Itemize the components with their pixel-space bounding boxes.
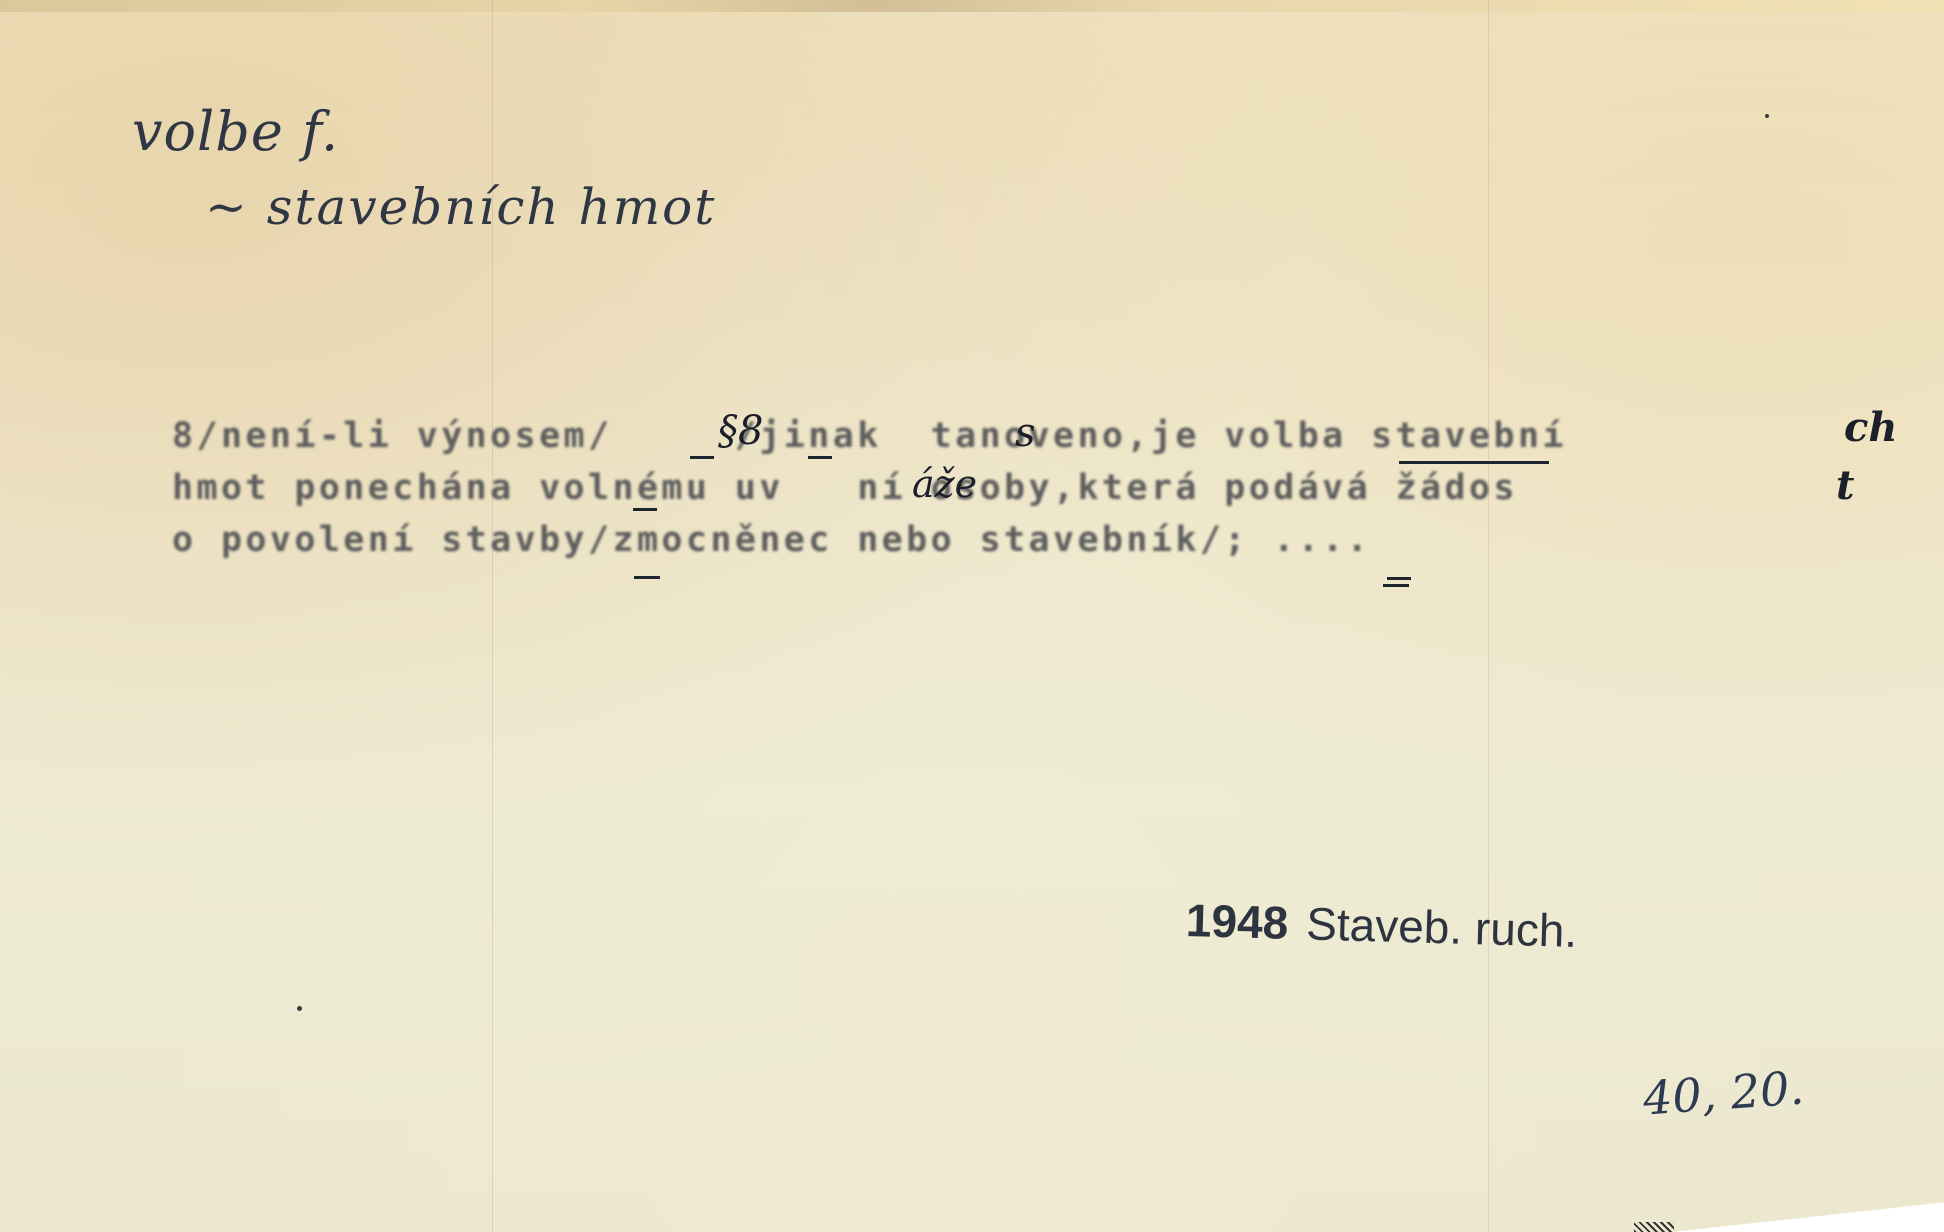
underline-mark — [1387, 577, 1411, 580]
underline-mark — [633, 508, 657, 511]
handwritten-correction: ch — [1844, 404, 1897, 451]
source-stamp: 1948Staveb. ruch. — [1185, 893, 1578, 958]
citation-text: 8/není-li výnosem/ /jinak tanoveno,je vo… — [172, 410, 1567, 566]
subentry: ~ stavebních hmot — [205, 178, 716, 236]
handwritten-section-number: §8 — [718, 408, 763, 454]
scan-edge-mark — [1634, 1222, 1674, 1232]
ink-speck — [297, 1006, 302, 1011]
headword: volbe f. — [132, 100, 339, 163]
card-top-edge — [0, 0, 1944, 12]
page-reference: 40, 20. — [1641, 1060, 1805, 1125]
handwritten-correction: s — [1015, 410, 1036, 456]
ink-speck — [1765, 114, 1769, 118]
underline-mark — [808, 456, 832, 459]
citation-line: 8/není-li výnosem/ /jinak tanoveno,je vo… — [172, 410, 1567, 462]
paper-fiber-line — [1488, 0, 1489, 1232]
citation-line: hmot ponechána volnému uv ní osoby,která… — [172, 462, 1567, 514]
source-name: Staveb. ruch. — [1306, 897, 1578, 957]
citation-line: o povolení stavby/zmocněnec nebo stavebn… — [172, 514, 1567, 566]
underline-mark — [634, 576, 660, 579]
underline-mark — [1383, 584, 1409, 587]
headword-underline — [1399, 461, 1549, 464]
handwritten-correction: áže — [912, 462, 977, 506]
handwritten-correction: t — [1836, 462, 1854, 509]
underline-mark — [690, 456, 714, 459]
source-year: 1948 — [1185, 894, 1289, 949]
